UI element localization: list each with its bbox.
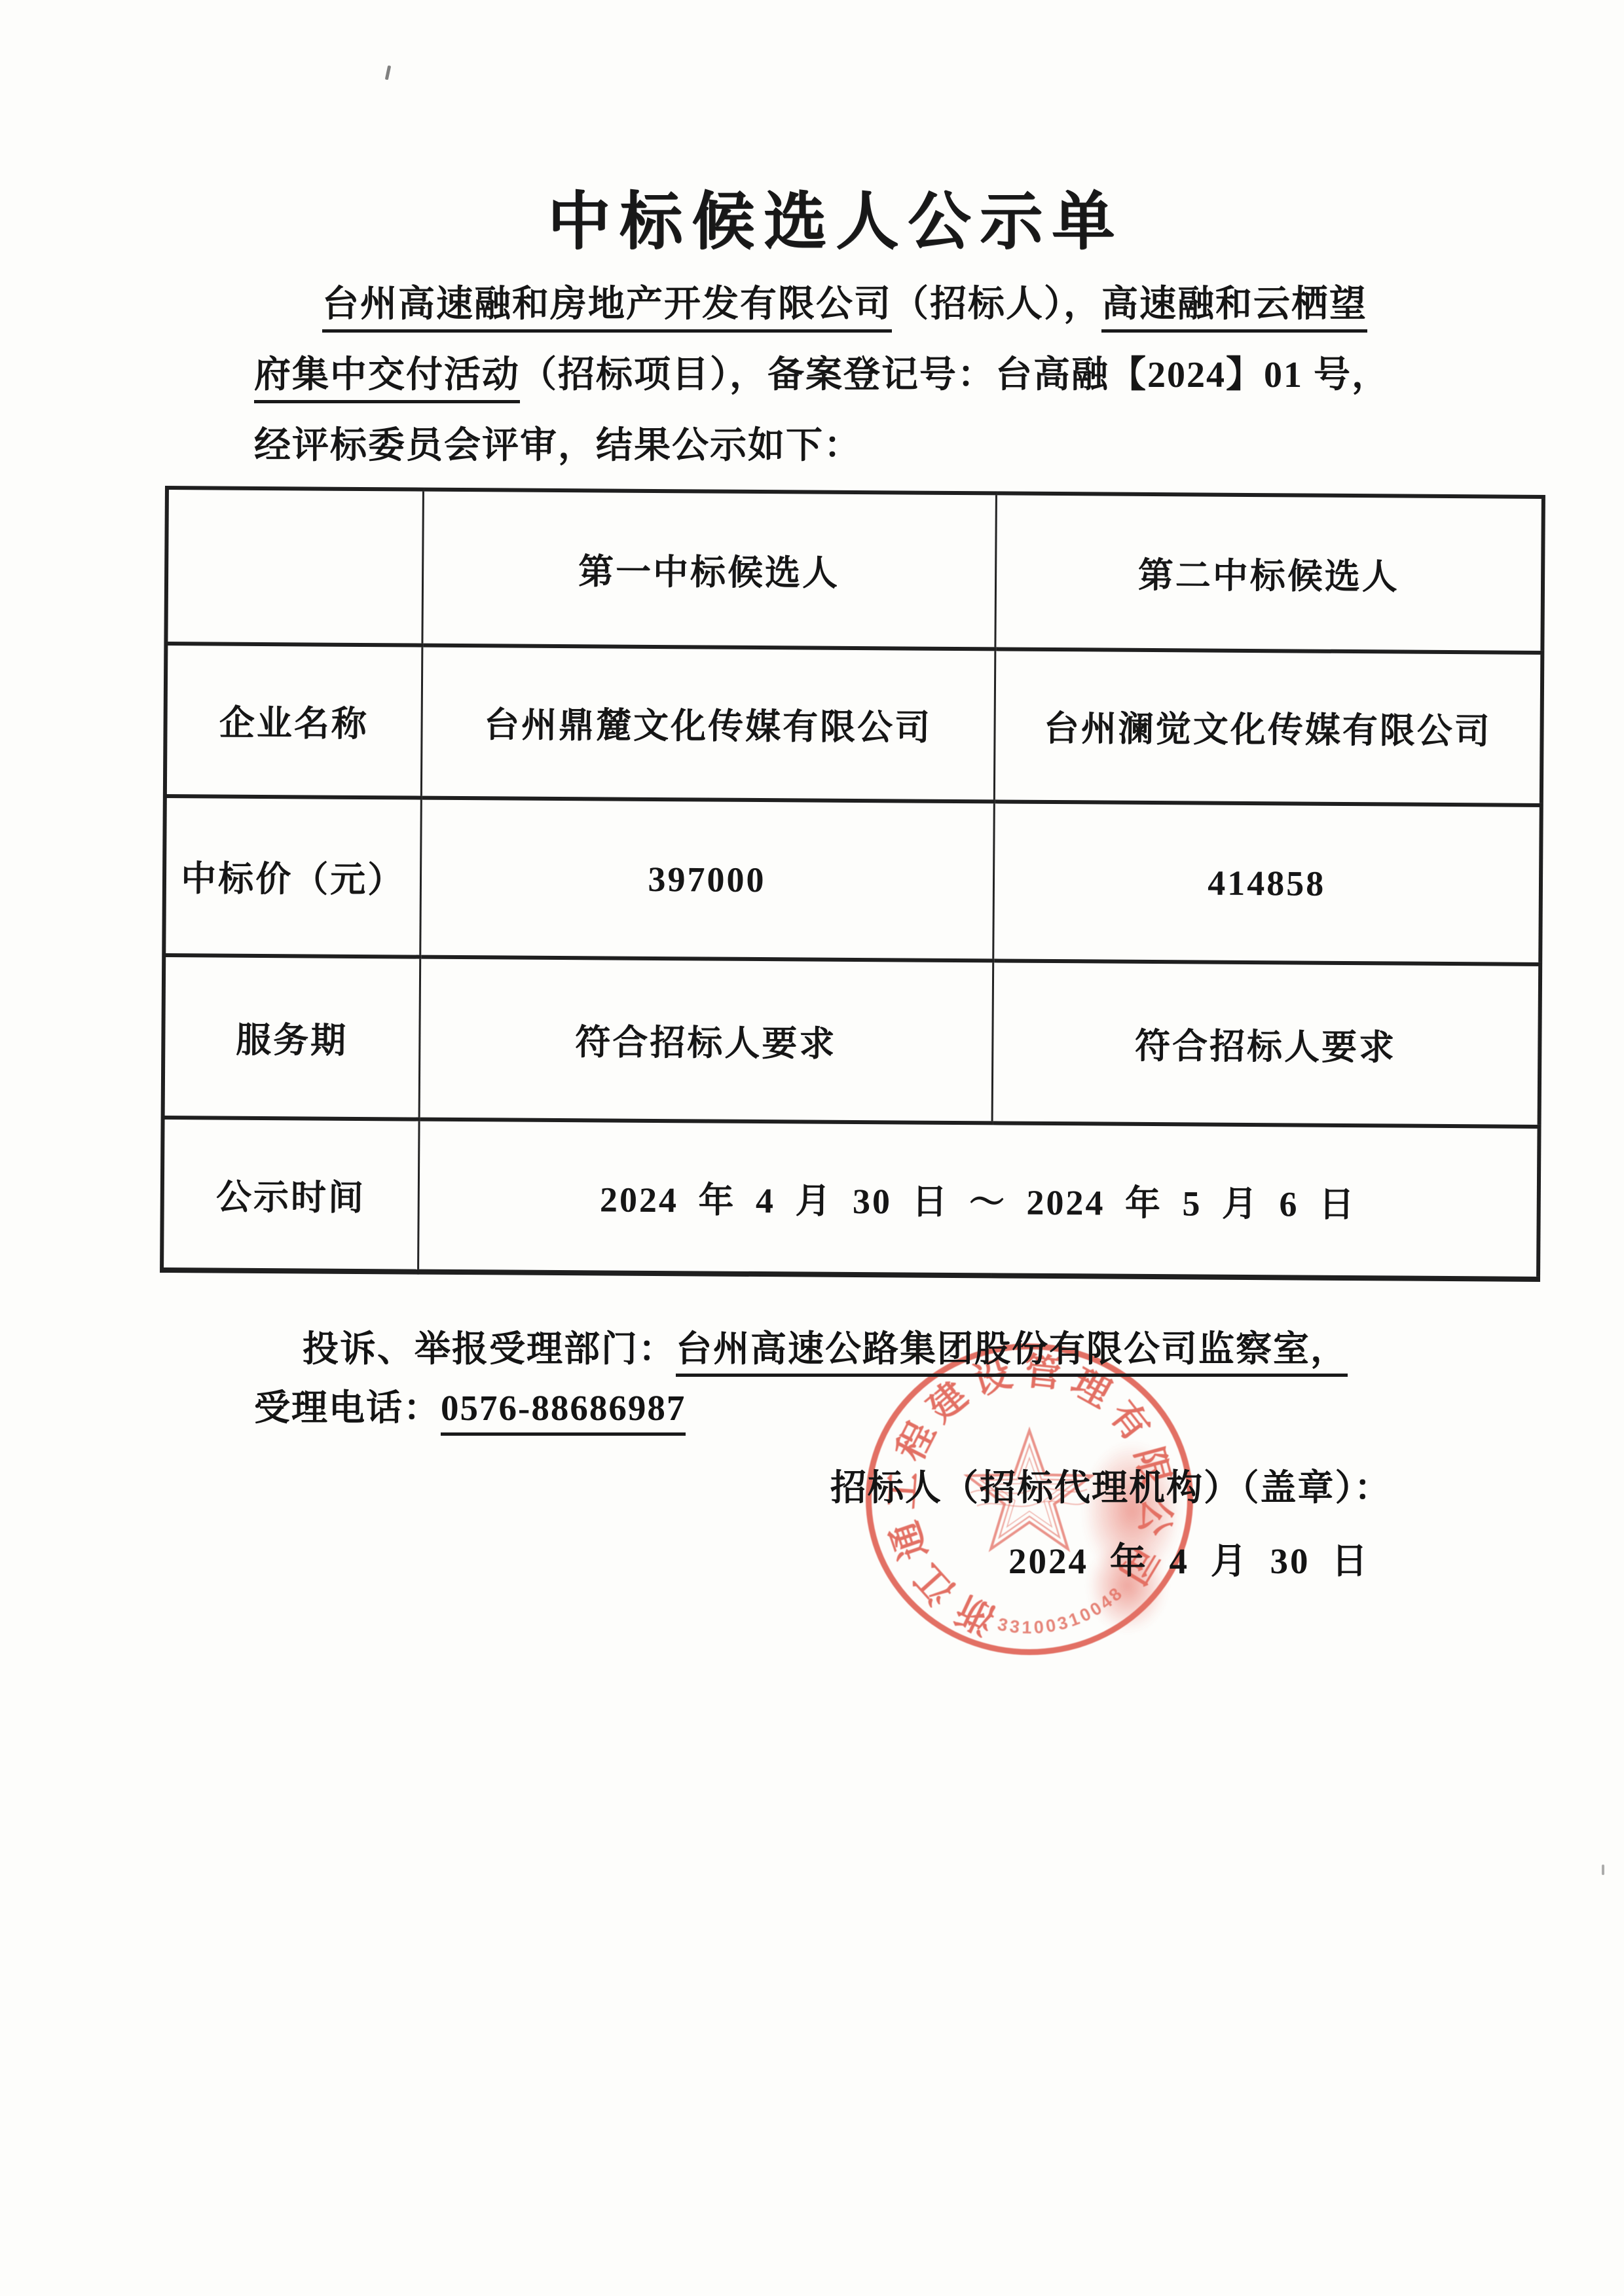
table-row-service: 服务期 符合招标人要求 符合招标人要求	[163, 955, 1541, 1127]
document-title: 中标候选人公示单	[24, 172, 1624, 261]
price-row-label: 中标价（元）	[164, 796, 421, 957]
table-header-row: 第一中标候选人 第二中标候选人	[166, 488, 1543, 653]
price-first-value: 397000	[420, 798, 994, 961]
project-name-part1-underlined: 高速融和云栖望	[1101, 284, 1367, 333]
company-row-label: 企业名称	[165, 644, 422, 798]
complaint-department-line: 投诉、举报受理部门：台州高速公路集团股份有限公司监察室，	[303, 1320, 1348, 1372]
complaint-department-underlined: 台州高速公路集团股份有限公司监察室，	[676, 1329, 1348, 1377]
publicity-period-value: 2024 年 4 月 30 日 ～ 2024 年 5 月 6 日	[418, 1120, 1540, 1279]
registration-number-text: （招标项目），备案登记号：台高融【2024】01 号，	[520, 355, 1390, 395]
service-second-value: 符合招标人要求	[992, 960, 1541, 1127]
scanned-document-page: { "title": "中标候选人公示单", "intro": { "line1…	[0, 0, 1624, 2296]
scan-speck	[1602, 1865, 1604, 1875]
table-row-price: 中标价（元） 397000 414858	[164, 796, 1541, 964]
phone-label: 受理电话：	[254, 1388, 441, 1428]
scan-speck	[385, 65, 391, 81]
company-first-value: 台州鼎麓文化传媒有限公司	[421, 646, 995, 802]
signature-label-line: 招标人（招标代理机构）（盖章）：	[830, 1459, 1392, 1510]
intro-line-1: 台州高速融和房地产开发有限公司（招标人），高速融和云栖望	[322, 275, 1367, 327]
header-second-candidate: 第二中标候选人	[995, 493, 1543, 653]
intro-line-2: 府集中交付活动（招标项目），备案登记号：台高融【2024】01 号，	[254, 346, 1390, 398]
phone-number-underlined: 0576-88686987	[441, 1388, 686, 1436]
project-name-part2-underlined: 府集中交付活动	[254, 355, 520, 403]
complaint-phone-line: 受理电话：0576-88686987	[254, 1379, 686, 1430]
result-table-container: 第一中标候选人 第二中标候选人 企业名称 台州鼎麓文化传媒有限公司 台州澜觉文化…	[160, 486, 1545, 1282]
table-row-company: 企业名称 台州鼎麓文化传媒有限公司 台州澜觉文化传媒有限公司	[165, 644, 1542, 805]
intro-line-3: 经评标委员会评审，结果公示如下：	[254, 416, 862, 469]
company-second-value: 台州澜觉文化传媒有限公司	[994, 649, 1543, 805]
signature-date-line: 2024 年 4 月 30 日	[1008, 1532, 1369, 1584]
complaint-label: 投诉、举报受理部门：	[303, 1329, 676, 1369]
header-empty-cell	[166, 488, 423, 646]
service-first-value: 符合招标人要求	[419, 957, 993, 1123]
header-first-candidate: 第一中标候选人	[422, 490, 996, 649]
service-row-label: 服务期	[163, 955, 420, 1120]
tenderer-name-underlined: 台州高速融和房地产开发有限公司	[322, 284, 892, 333]
tenderer-suffix: （招标人），	[892, 284, 1101, 325]
price-second-value: 414858	[993, 801, 1541, 964]
bid-result-table: 第一中标候选人 第二中标候选人 企业名称 台州鼎麓文化传媒有限公司 台州澜觉文化…	[160, 486, 1545, 1282]
table-row-publicity-period: 公示时间 2024 年 4 月 30 日 ～ 2024 年 5 月 6 日	[162, 1118, 1539, 1279]
publicity-row-label: 公示时间	[162, 1118, 419, 1272]
